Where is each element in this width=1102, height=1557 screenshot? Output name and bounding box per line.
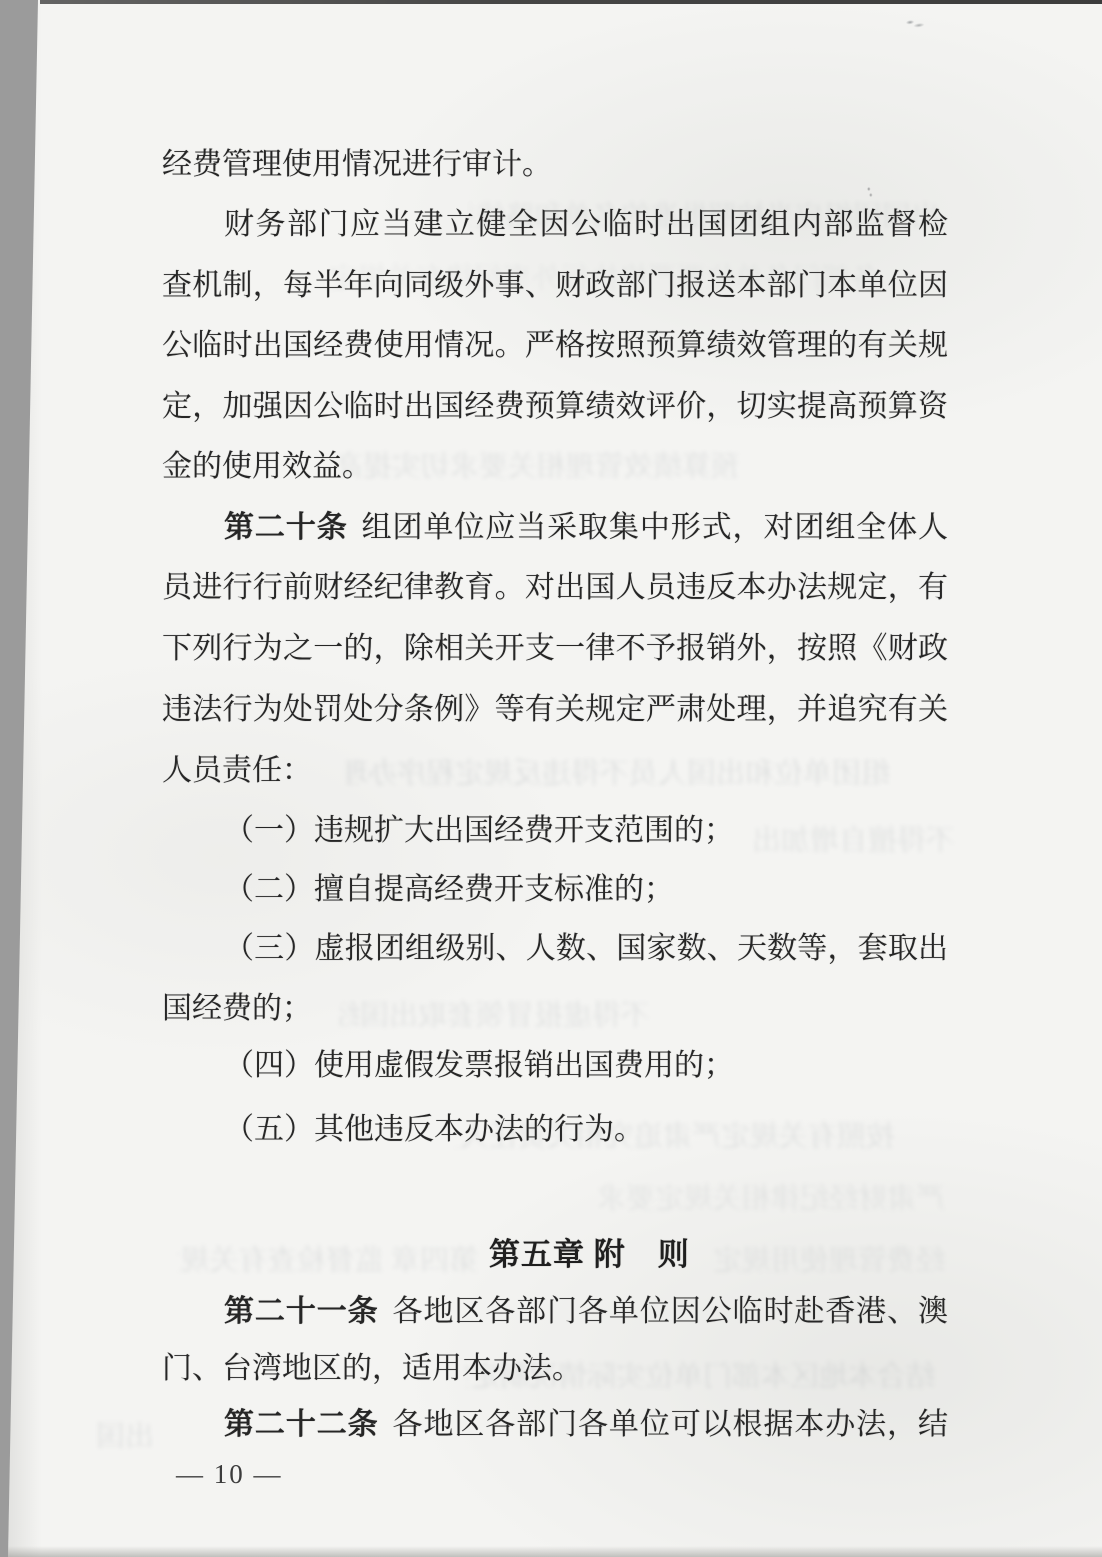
text-line: 门、台湾地区的，适用本办法。 [162, 1352, 948, 1386]
list-item-2: （二）擅自提高经费开支标准的； [162, 873, 948, 907]
text-line article-20: 第二十条组团单位应当采取集中形式，对团组全体人 [162, 511, 948, 545]
text-line: 经费管理使用情况进行审计。 [162, 148, 948, 182]
article-number-bold: 第二十二条 [224, 1408, 379, 1441]
text-line: 财务部门应当建立健全因公临时出国团组内部监督检 [162, 208, 948, 242]
text-line article-22: 第二十二条各地区各部门各单位可以根据本办法，结 [162, 1408, 948, 1442]
text-line: 国经费的； [162, 992, 948, 1026]
scanned-document-page: { "page": { "kind": "scanned official Ch… [0, 0, 1102, 1557]
text-line: 金的使用效益。 [162, 450, 948, 484]
list-item-4: （四）使用虚假发票报销出国费用的； [162, 1049, 948, 1083]
scan-top-edge-line [40, 0, 1102, 4]
article-text: 各地区各部门各单位可以根据本办法，结 [393, 1408, 948, 1441]
text-line: 公临时出国经费使用情况。严格按照预算绩效管理的有关规 [162, 329, 948, 363]
article-number-bold: 第二十一条 [224, 1295, 379, 1328]
text-line: 员进行行前财经纪律教育。对出国人员违反本办法规定，有 [162, 571, 948, 605]
article-number-bold: 第二十条 [224, 511, 348, 544]
article-text: 组团单位应当采取集中形式，对团组全体人 [362, 511, 948, 544]
scan-bottom-edge-shadow [8, 1546, 1102, 1557]
list-item-5: （五）其他违反本办法的行为。 [162, 1113, 948, 1147]
text-line: 查机制，每半年向同级外事、财政部门报送本部门本单位因 [162, 269, 948, 303]
text-line article-21: 第二十一条各地区各部门各单位因公临时赴香港、澳 [162, 1295, 948, 1329]
text-line: 违法行为处罚处分条例》等有关规定严肃处理，并追究有关 [162, 693, 948, 727]
text-line: 下列行为之一的，除相关开支一律不予报销外，按照《财政 [162, 632, 948, 666]
scan-speck-mark [866, 186, 874, 198]
chapter-heading: 第五章 附 则 [489, 1229, 690, 1274]
text-line: 人员责任： [162, 754, 948, 788]
page-number: — 10 — [176, 1459, 283, 1490]
list-item-3: （三）虚报团组级别、人数、国家数、天数等，套取出 [162, 932, 948, 966]
article-text: 各地区各部门各单位因公临时赴香港、澳 [393, 1295, 948, 1328]
text-line: 定，加强因公临时出国经费预算绩效评价，切实提高预算资 [162, 390, 948, 424]
list-item-1: （一）违规扩大出国经费开支范围的； [162, 814, 948, 848]
